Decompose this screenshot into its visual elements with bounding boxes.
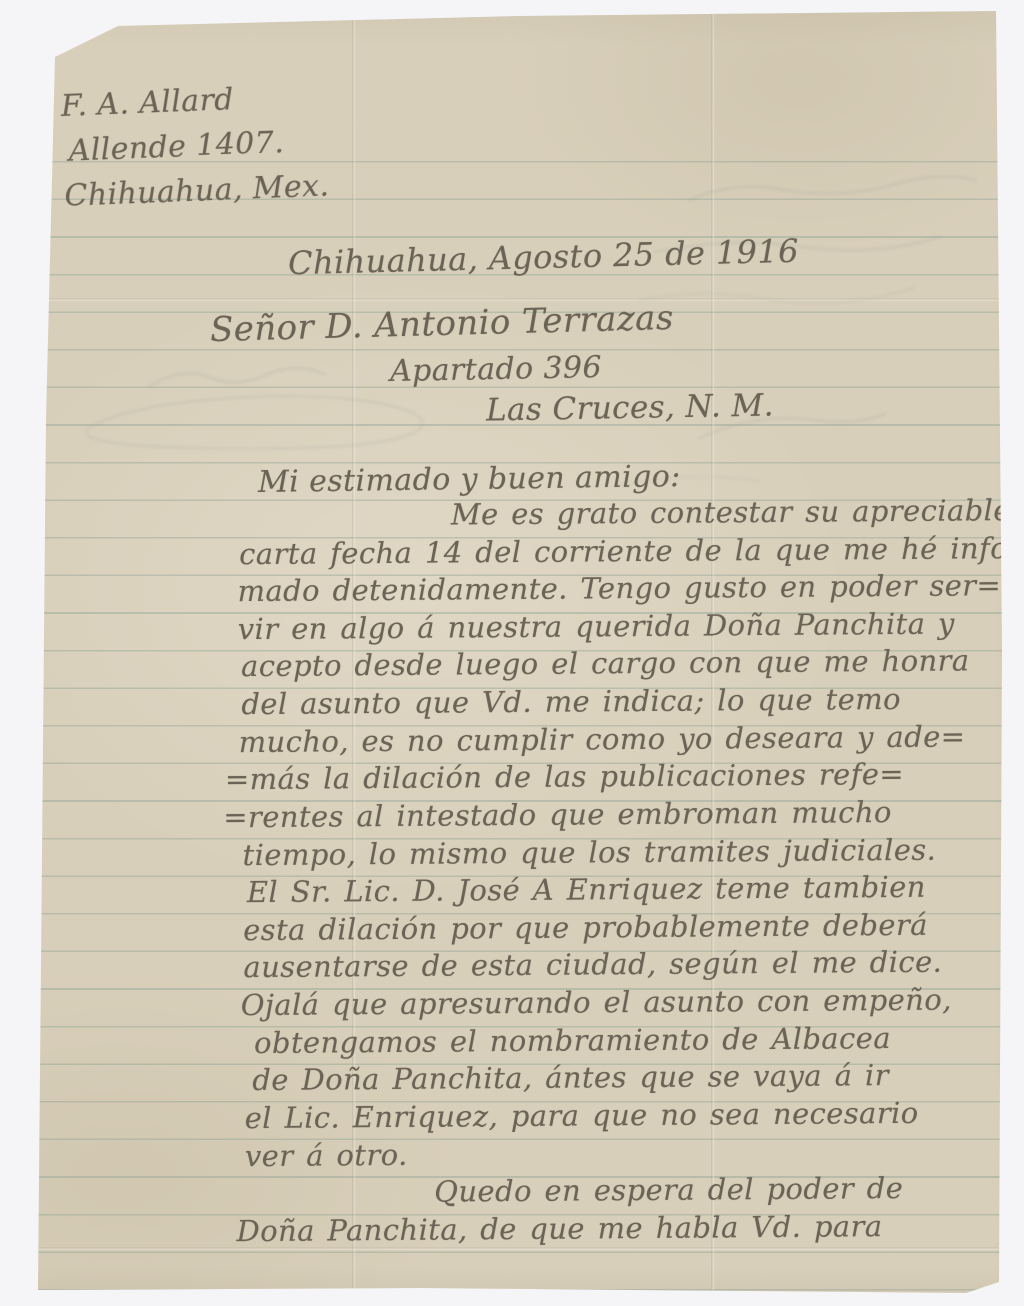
body-line: ausentarse de esta ciudad, según el me d… — [243, 945, 942, 984]
body-line: Quedo en espera del poder de — [434, 1171, 903, 1209]
body-line: el Lic. Enriquez, para que no sea necesa… — [245, 1096, 919, 1135]
body-line: de Doña Panchita, ántes que se vaya á ir — [252, 1058, 889, 1097]
letter-body: Me es grato contestar su apreciable cart… — [0, 0, 1024, 1306]
body-line: =más la dilación de las publicaciones re… — [225, 757, 904, 796]
body-line: acepto desde luego el cargo con que me h… — [241, 643, 970, 683]
body-line: =rentes al intestado que embroman mucho — [223, 795, 892, 834]
body-line: vir en algo á nuestra querida Doña Panch… — [238, 607, 955, 647]
body-line: Ojalá que apresurando el asunto con empe… — [241, 983, 952, 1023]
body-line: del asunto que Vd. me indica; lo que tem… — [241, 682, 901, 721]
scan-backdrop: F. A. Allard Allende 1407. Chihuahua, Me… — [0, 0, 1024, 1306]
letter-paper: F. A. Allard Allende 1407. Chihuahua, Me… — [0, 0, 1024, 1306]
body-line: mado detenidamente. Tengo gusto en poder… — [237, 568, 1001, 608]
body-line: Doña Panchita, de que me habla Vd. para — [236, 1209, 882, 1248]
body-line: Me es grato contestar su apreciable — [451, 493, 1011, 531]
body-line: tiempo, lo mismo que los tramites judici… — [242, 833, 936, 872]
body-line: ver á otro. — [245, 1138, 408, 1173]
body-line: obtengamos el nombramiento de Albacea — [254, 1021, 891, 1060]
body-line: mucho, es no cumplir como yo deseara y a… — [239, 719, 966, 759]
body-line: carta fecha 14 del corriente de la que m… — [239, 531, 1024, 571]
body-line: El Sr. Lic. D. José A Enriquez teme tamb… — [247, 870, 926, 909]
body-line: esta dilación por que probablemente debe… — [243, 908, 928, 947]
